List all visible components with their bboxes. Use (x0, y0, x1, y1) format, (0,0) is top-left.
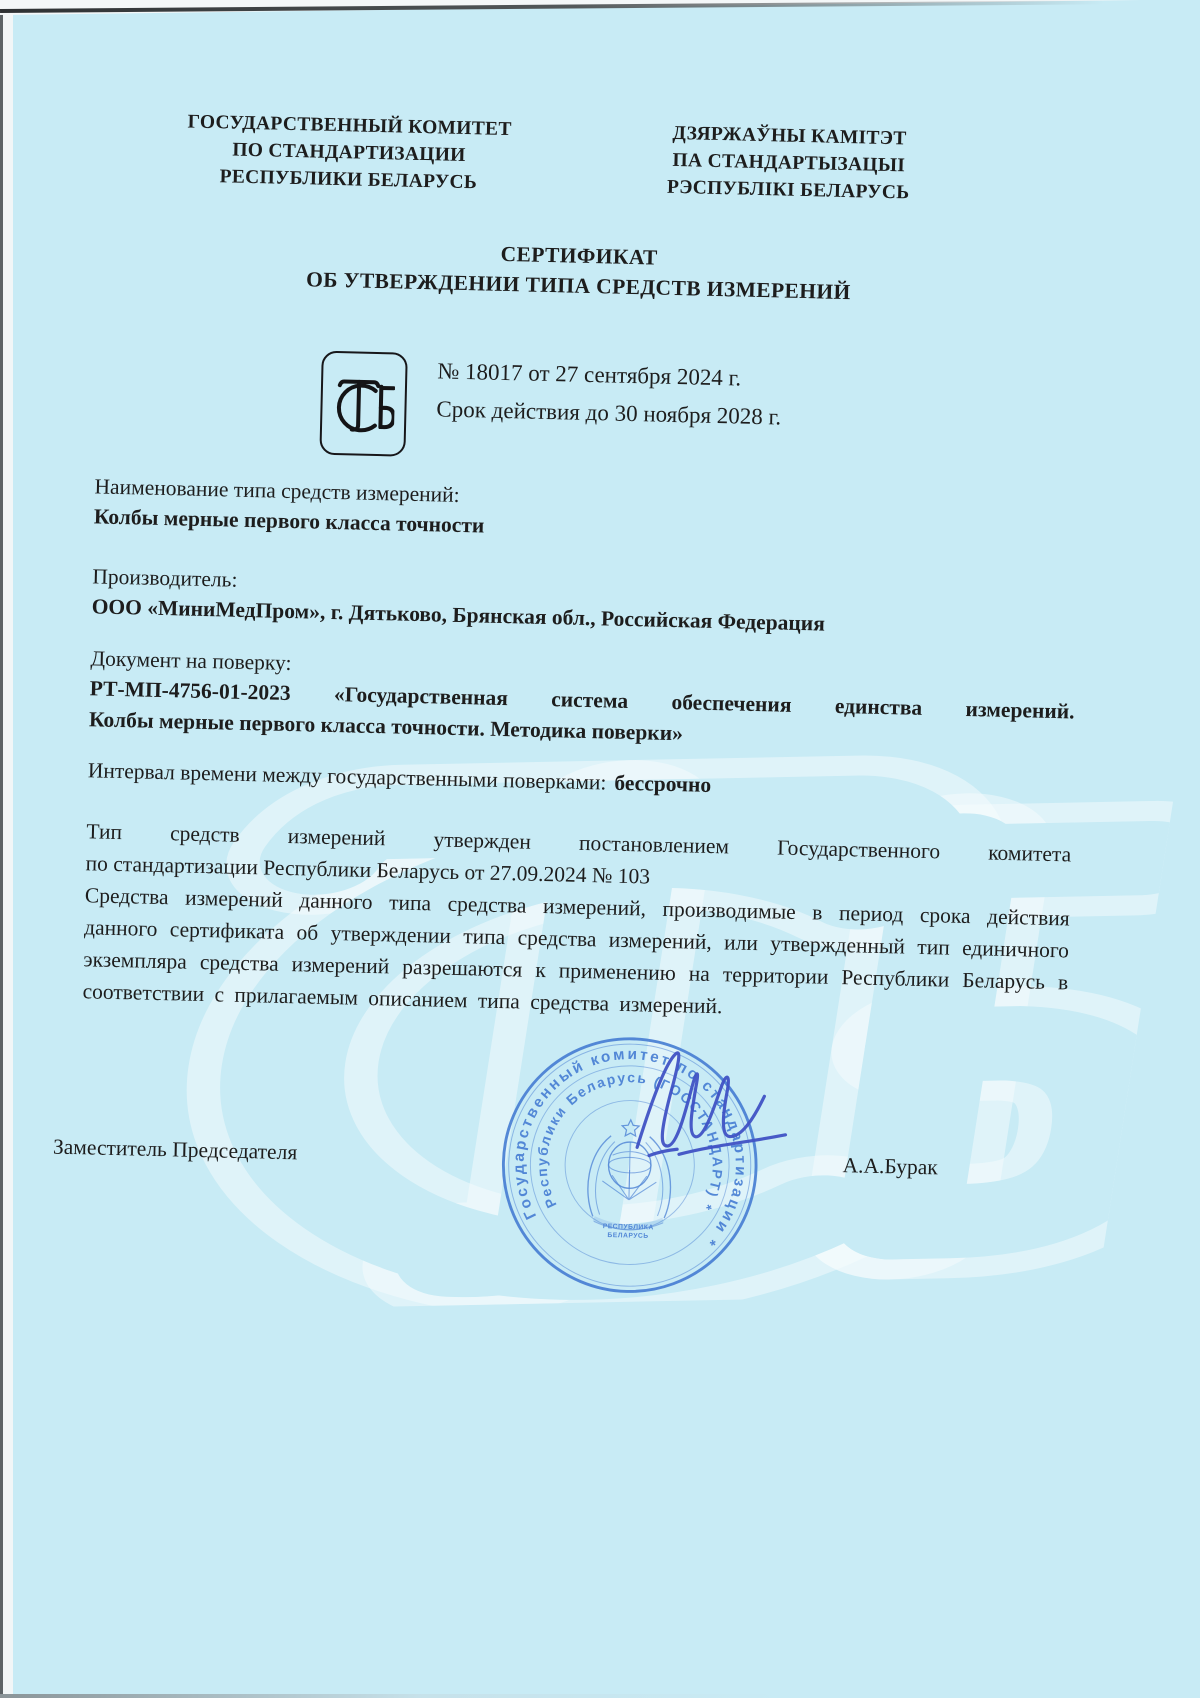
document-content: ГОСУДАРСТВЕННЫЙ КОМИТЕТ ПО СТАНДАРТИЗАЦИ… (0, 104, 1197, 1188)
stb-logo-icon (319, 351, 407, 457)
certificate-validity: Срок действия до 30 ноября 2028 г. (436, 397, 781, 428)
page-background: ГОСУДАРСТВЕННЫЙ КОМИТЕТ ПО СТАНДАРТИЗАЦИ… (0, 0, 1200, 1698)
signatory-role: Заместитель Председателя (53, 1132, 298, 1168)
field-type-name: Наименование типа средств измерений: Кол… (93, 471, 1079, 555)
stamp-ribbon-top-text: РЕСПУБЛИКА (603, 1223, 654, 1231)
scanned-certificate-page: { "doc": { "header": { "left_lines": ["Г… (0, 0, 1200, 1698)
signatory-name: А.А.Бурак (842, 1150, 938, 1182)
letterhead: ГОСУДАРСТВЕННЫЙ КОМИТЕТ ПО СТАНДАРТИЗАЦИ… (156, 108, 958, 208)
scan-left-edge-strip (3, 0, 13, 1698)
interval-label: Интервал времени между государственными … (88, 758, 607, 794)
certificate-id-block: № 18017 от 27 сентября 2024 г. Срок дейс… (319, 351, 1191, 475)
signature-autograph-icon (618, 1035, 821, 1180)
certificate-fields: Наименование типа средств измерений: Кол… (82, 471, 1079, 1030)
certificate-dates: № 18017 от 27 сентября 2024 г. Срок дейс… (435, 353, 782, 465)
verification-interval-line: Интервал времени между государственными … (87, 755, 1072, 809)
stamp-ribbon-bottom-text: БЕЛАРУСЬ (607, 1232, 648, 1240)
certificate-title: СЕРТИФИКАТ ОБ УТВЕРЖДЕНИИ ТИПА СРЕДСТВ И… (78, 229, 1079, 313)
field-verification-document: Документ на поверку: РТ-МП-4756-01-2023 … (89, 643, 1076, 758)
org-name-russian: ГОСУДАРСТВЕННЫЙ КОМИТЕТ ПО СТАНДАРТИЗАЦИ… (156, 108, 543, 198)
usage-paragraph: Средства измерений данного типа средства… (82, 879, 1070, 1030)
certificate-number: № 18017 от 27 сентября 2024 г. (437, 359, 782, 390)
scan-tilt-wrapper: ГОСУДАРСТВЕННЫЙ КОМИТЕТ ПО СТАНДАРТИЗАЦИ… (0, 0, 1200, 1188)
scan-bottom-edge-line (0, 1694, 1200, 1698)
field-manufacturer: Производитель: ООО «МиниМедПром», г. Дят… (91, 561, 1077, 645)
interval-value: бессрочно (614, 771, 711, 797)
org-name-belarusian: ДЗЯРЖАЎНЫ КАМІТЭТ ПА СТАНДАРТЫЗАЦЫІ РЭСП… (620, 119, 957, 208)
